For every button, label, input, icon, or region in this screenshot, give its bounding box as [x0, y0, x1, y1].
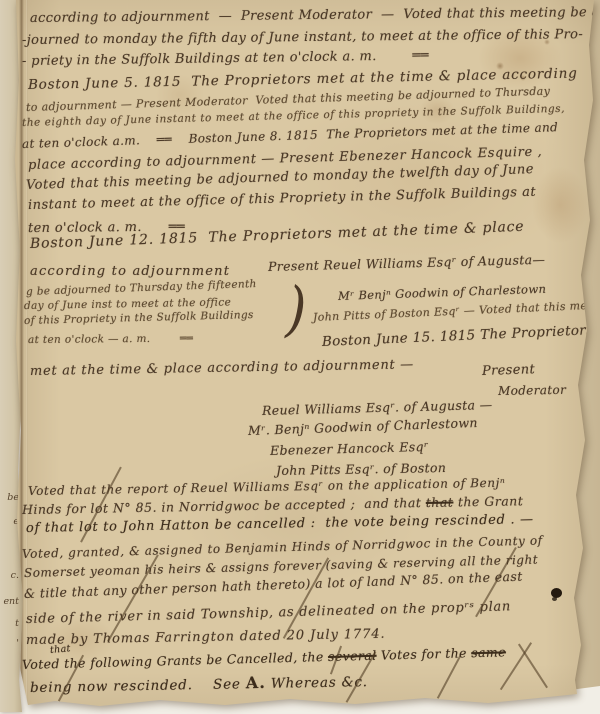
line-l26: Ebenezer Hancock Esqʳ: [270, 439, 429, 458]
line-l34: side of the river in said Township, as d…: [26, 599, 511, 627]
line-l23: Moderator: [498, 383, 566, 398]
line-l2: - priety in the Suffolk Buildings at ten…: [22, 48, 429, 69]
manuscript-scan: be e c. ent t ' according to adjournment…: [0, 0, 600, 714]
line-l18: Mʳ Benjⁿ Goodwin of Charlestown: [338, 282, 547, 303]
line-l22: Present: [482, 362, 536, 379]
struck-word: same: [471, 644, 506, 660]
line-l29-post: the Grant: [453, 493, 523, 509]
line-l27: John Pitts Esqʳ. of Boston: [276, 460, 446, 478]
line-l21: met at the time & place according to adj…: [30, 357, 414, 379]
binding-crease: [19, 0, 24, 714]
closing-bracket: ): [285, 275, 307, 345]
line-l0: according to adjournment — Present Moder…: [30, 5, 600, 26]
ink-blot: [551, 588, 562, 598]
line-l25: Mʳ. Benjⁿ Goodwin of Charlestown: [248, 415, 478, 438]
cancellation-slash: [437, 655, 461, 698]
line-l30: of that lot to John Hatton be cancelled …: [26, 512, 534, 536]
cancellation-slash: [518, 644, 548, 688]
line-l1: -journed to monday the fifth day of June…: [22, 27, 583, 48]
reference-mark-A: A.: [246, 673, 266, 692]
line-l29-pre: Hinds for lot N° 85. in Norridgwoc be ac…: [22, 495, 426, 517]
line-l17: at ten o'clock — a. m. ══: [28, 333, 193, 346]
line-l36: Voted the following Grants be Cancelled,…: [22, 644, 506, 672]
struck-word: that: [426, 494, 454, 509]
line-l36-rest1: the following Grants be Cancelled, the: [60, 649, 329, 671]
line-l20: Boston June 15. 1815 The Proprietors &: [322, 321, 600, 350]
line-l36-word: Voted: [22, 656, 60, 672]
line-l16: of this Propriety in the Suffolk Buildin…: [24, 309, 254, 327]
manuscript-page: according to adjournment — Present Moder…: [0, 0, 600, 714]
line-l14: g be adjourned to Thursday the fifteenth: [26, 278, 257, 298]
inserted-word: that: [50, 643, 72, 656]
line-l13: Present Reuel Williams Esqʳ of Augusta—: [268, 252, 546, 274]
line-l35: made by Thomas Farrington dated 20 July …: [26, 627, 386, 648]
line-l37: being now rescinded. See A. Whereas &c.: [30, 671, 368, 696]
page-wrap: according to adjournment — Present Moder…: [0, 0, 600, 714]
line-l12: according to adjournment: [30, 264, 230, 279]
